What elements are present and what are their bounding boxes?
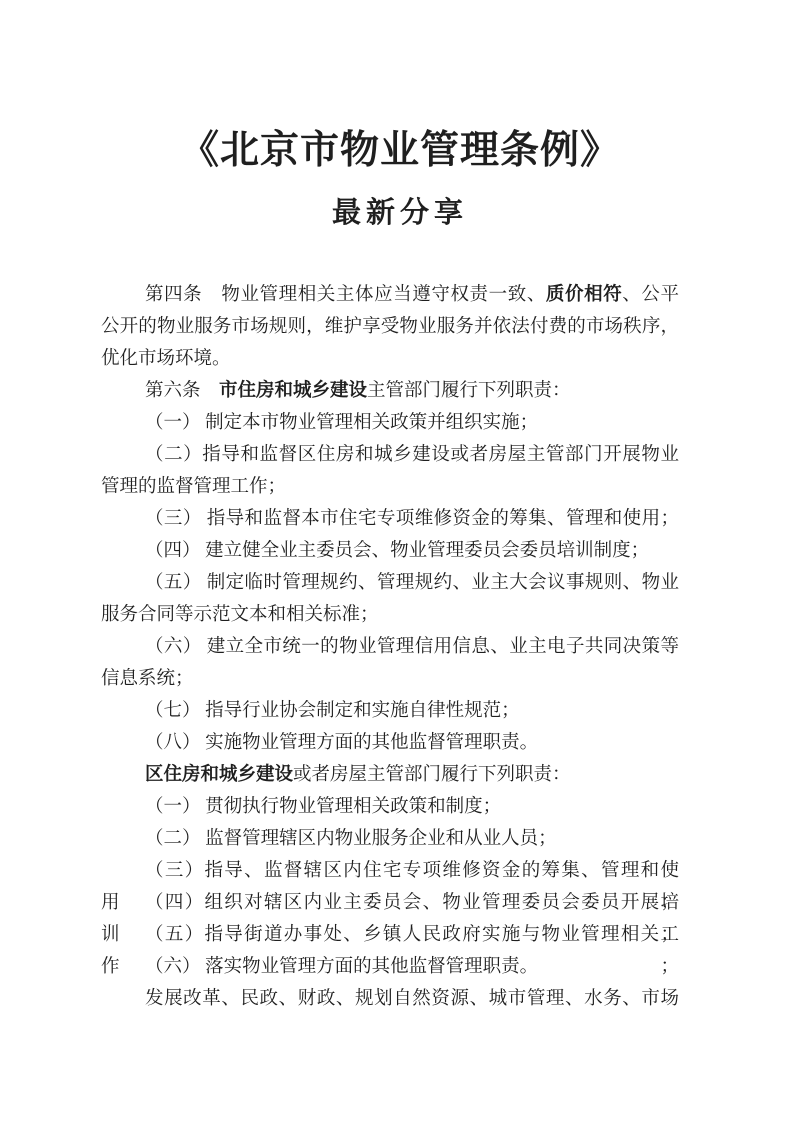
text-run: （六） 建立全市统一的物业管理信用信息、业主电子共同决策等 [145, 637, 679, 657]
text-line: 发展改革、民政、财政、规划自然资源、城市管理、水务、市场 [101, 983, 679, 1015]
text-line: （五）指导街道办事处、乡镇人民政府实施与物业管理相关工作； [101, 919, 679, 951]
emphasis-text-run: 市住房和城乡建设 [219, 381, 367, 401]
text-line: （七） 指导行业协会制定和实施自律性规范； [101, 695, 679, 727]
text-run: （二） 监督管理辖区内物业服务企业和从业人员； [145, 829, 557, 849]
text-run: 第六条 [145, 381, 219, 401]
text-run: 、公平 [622, 285, 679, 305]
text-line: （六） 建立全市统一的物业管理信用信息、业主电子共同决策等 [101, 631, 679, 663]
text-line: 信息系统； [101, 663, 679, 695]
text-line: 管理的监督管理工作； [101, 471, 679, 503]
text-run: 管理的监督管理工作； [101, 477, 286, 497]
text-line: （五） 制定临时管理规约、管理规约、业主大会议事规则、物业 [101, 567, 679, 599]
text-line: 区住房和城乡建设或者房屋主管部门履行下列职责： [101, 759, 679, 791]
text-line: （八） 实施物业管理方面的其他监督管理职责。 [101, 727, 679, 759]
text-line: （四）组织对辖区内业主委员会、物业管理委员会委员开展培训； [101, 887, 679, 919]
text-run: （三） 指导和监督本市住宅专项维修资金的筹集、管理和使用； [145, 509, 679, 529]
text-run: （一） 贯彻执行物业管理相关政策和制度； [145, 797, 501, 817]
text-run: （五） 制定临时管理规约、管理规约、业主大会议事规则、物业 [145, 573, 679, 593]
emphasis-text-run: 区住房和城乡建设 [145, 765, 293, 785]
document-subtitle: 最新分享 [0, 194, 800, 232]
emphasis-text-run: 质价相符 [546, 285, 622, 305]
document-title: 《北京市物业管理条例》 [0, 126, 800, 176]
text-line: 服务合同等示范文本和相关标准； [101, 599, 679, 631]
text-line: （二） 监督管理辖区内物业服务企业和从业人员； [101, 823, 679, 855]
text-run: 服务合同等示范文本和相关标准； [101, 605, 379, 625]
document-body: 第四条 物业管理相关主体应当遵守权责一致、质价相符、公平公开的物业服务市场规则，… [101, 279, 679, 1015]
text-run: 信息系统； [101, 669, 194, 689]
text-run: 或者房屋主管部门履行下列职责： [293, 765, 571, 785]
text-run: 优化市场环境。 [101, 349, 231, 369]
text-line: 公开的物业服务市场规则，维护享受物业服务并依法付费的市场秩序， [101, 311, 679, 343]
text-run: （四） 建立健全业主委员会、物业管理委员会委员培训制度； [145, 541, 649, 561]
text-run: （一） 制定本市物业管理相关政策并组织实施； [145, 413, 538, 433]
text-line: （三）指导、监督辖区内住宅专项维修资金的筹集、管理和使用； [101, 855, 679, 887]
text-run: （七） 指导行业协会制定和实施自律性规范； [145, 701, 520, 721]
text-line: （二）指导和监督区住房和城乡建设或者房屋主管部门开展物业 [101, 439, 679, 471]
text-run: （六） 落实物业管理方面的其他监督管理职责。 [145, 957, 538, 977]
text-line: 第六条 市住房和城乡建设主管部门履行下列职责： [101, 375, 679, 407]
text-line: 第四条 物业管理相关主体应当遵守权责一致、质价相符、公平 [101, 279, 679, 311]
text-run: 发展改革、民政、财政、规划自然资源、城市管理、水务、市场 [145, 989, 679, 1009]
text-run: 第四条 物业管理相关主体应当遵守权责一致、 [145, 285, 546, 305]
text-line: （一） 制定本市物业管理相关政策并组织实施； [101, 407, 679, 439]
text-run: 公开的物业服务市场规则，维护享受物业服务并依法付费的市场秩序， [101, 317, 679, 337]
text-line: （四） 建立健全业主委员会、物业管理委员会委员培训制度； [101, 535, 679, 567]
text-line: （三） 指导和监督本市住宅专项维修资金的筹集、管理和使用； [101, 503, 679, 535]
text-run: 主管部门履行下列职责： [367, 381, 571, 401]
text-line: 优化市场环境。 [101, 343, 679, 375]
text-run: （二）指导和监督区住房和城乡建设或者房屋主管部门开展物业 [145, 445, 679, 465]
text-line: （一） 贯彻执行物业管理相关政策和制度； [101, 791, 679, 823]
document-page: 《北京市物业管理条例》 最新分享 第四条 物业管理相关主体应当遵守权责一致、质价… [0, 0, 800, 1131]
text-run: （八） 实施物业管理方面的其他监督管理职责。 [145, 733, 538, 753]
